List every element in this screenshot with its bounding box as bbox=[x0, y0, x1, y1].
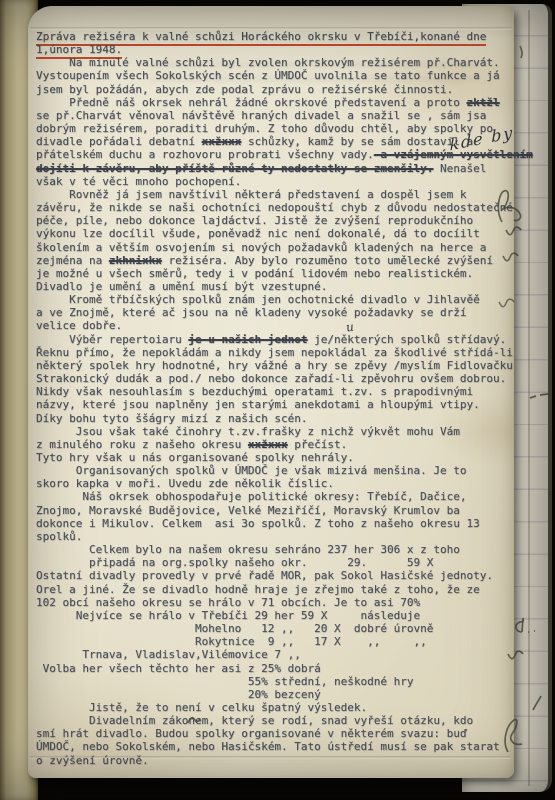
margin-scribble-d bbox=[510, 614, 540, 640]
typed-line: Tyto hry však u nás organisované spolky … bbox=[36, 451, 522, 464]
typed-text-segment: schůzky, kamž by se sám dostavil a bbox=[241, 135, 473, 148]
typed-line: Výběr repertoiaru je u našich jednot je/… bbox=[36, 333, 522, 346]
typed-text-segment: Organisovaných spolků v ÚMDOČ je však mi… bbox=[36, 464, 466, 477]
typed-text-segment: dobrým režisérem, poraditi druhým. Z toh… bbox=[36, 122, 493, 135]
typed-text-segment: závěru, že nikde se naši ochotníci nedop… bbox=[36, 201, 513, 214]
margin-dash-mark bbox=[528, 388, 550, 402]
typed-line: Trnava, Vladislav,Vilémovice 7 ,, bbox=[36, 648, 522, 661]
typed-text-segment: smí hrát divadlo. Budou spolky organisov… bbox=[36, 727, 466, 740]
typed-line: 55% střední, neškodné hry bbox=[36, 675, 522, 688]
typed-line: Divadlo je umění a umění musí být vzestu… bbox=[36, 280, 522, 293]
typed-text-segment: Rovněž já jsem navštívil některá předsta… bbox=[36, 188, 466, 201]
margin-scribble-loop bbox=[500, 716, 528, 756]
typed-text-segment: přečíst. bbox=[288, 438, 348, 451]
typed-text-segment: 55% střední, neškodné hry bbox=[36, 675, 414, 688]
typed-text-segment: se př.Charvát věnoval návštěvě hraných d… bbox=[36, 109, 486, 122]
typed-line: Jistě, že to není v celku špatný výslede… bbox=[36, 701, 522, 714]
margin-check-mark bbox=[504, 224, 524, 240]
margin-check-mark bbox=[506, 648, 526, 664]
typed-text-segment: Řeknu přímo, že nepokládám a nikdy jsem … bbox=[36, 346, 513, 359]
typed-text-segment: Ostatní divadly provedly v prvé řadě MOR… bbox=[36, 569, 493, 582]
struck-out-text: zkhnixkx bbox=[109, 254, 162, 267]
typed-line: Rovněž já jsem navštívil některá předsta… bbox=[36, 188, 522, 201]
typed-text-segment: názvy, které jsou naplněny jen starými a… bbox=[36, 398, 480, 411]
typed-line: je možné u všech směrů, tedy i v podání … bbox=[36, 267, 522, 280]
typed-line: jsem byl požádán, abych zde podal zprávu… bbox=[36, 83, 522, 96]
margin-scribble bbox=[516, 44, 530, 60]
typed-text-segment: ÚMDOČ, nebo Sokolském, nebo Hasičském. T… bbox=[36, 740, 500, 753]
typed-text-segment: výkonu lze docílil všude, poněvadž nic n… bbox=[36, 227, 480, 240]
typed-text-segment: Zpráva režiséra k valné schůzi Horáckého… bbox=[36, 30, 486, 43]
typed-line: Ostatní divadly provedly v prvé řadě MOR… bbox=[36, 569, 522, 582]
typed-line: o zvýšení úrovně. bbox=[36, 754, 522, 767]
typed-line: skoro kapka v moři. Uvedu zde několik čí… bbox=[36, 477, 522, 490]
typed-line: Strakonický dudák a pod./ nebo dokonce z… bbox=[36, 372, 522, 385]
typed-text-segment: a ve Znojmě, které ač jsou na ně kladeny… bbox=[36, 306, 466, 319]
typed-text-segment: Divadlo je umění a umění musí být vzestu… bbox=[36, 280, 327, 293]
typed-line: závěru, že nikde se naši ochotníci nedop… bbox=[36, 201, 522, 214]
typed-text-segment: skoro kapka v moři. Uvedu zde několik čí… bbox=[36, 477, 334, 490]
typed-line: spolků. bbox=[36, 530, 522, 543]
typed-text-segment: Tyto hry však u nás organisované spolky … bbox=[36, 451, 354, 464]
typed-line: dobrým režisérem, poraditi druhým. Z toh… bbox=[36, 122, 522, 135]
struck-out-text: xxžxxx bbox=[202, 135, 242, 148]
struck-out-text: dojíti k závěru, aby příště různé ty ned… bbox=[36, 162, 433, 175]
typed-line: Rokytnice 9 ,, 17 X ,, ,, bbox=[36, 635, 522, 648]
typed-line: ÚMDOČ, nebo Sokolském, nebo Hasičském. T… bbox=[36, 740, 522, 753]
typed-text-segment: Nikdy však nesouhlasím s bezduchými oper… bbox=[36, 385, 473, 398]
typed-line: zejména na zkhnixkx režiséra. Aby bylo r… bbox=[36, 254, 522, 267]
typed-text-segment: Strakonický dudák a pod./ nebo dokonce z… bbox=[36, 372, 506, 385]
typed-text-segment: spolků. bbox=[36, 530, 82, 543]
typed-text-segment: režiséra. Aby bylo rozuměno toto uměleck… bbox=[162, 254, 493, 267]
typed-text-segment: však v té věci mnoho pochopení. bbox=[36, 175, 241, 188]
typed-line: velice dobře. bbox=[36, 319, 522, 332]
margin-scribble-cursive-b bbox=[492, 186, 526, 228]
typed-text-segment: 1,února 1948. bbox=[36, 43, 122, 56]
typed-text-segment: 20% bezcený bbox=[36, 688, 321, 701]
typed-text-segment: je možné u všech směrů, tedy i v podání … bbox=[36, 267, 473, 280]
typed-line: dojíti k závěru, aby příště různé ty ned… bbox=[36, 162, 522, 175]
typed-text-segment: Nejvíce se hrálo v Třebíči 29 her 59 X n… bbox=[36, 609, 420, 622]
typed-text-segment: Mohelno 12 ,, 20 X dobré úrovně bbox=[36, 622, 433, 635]
typed-line: některý spolek hry hodnotné, hry vážné a… bbox=[36, 359, 522, 372]
struck-out-text: je u našich jednot bbox=[188, 333, 307, 346]
typed-text-segment: divadle pořádali debatní bbox=[36, 135, 202, 148]
typed-line: Kromě třbíčských spolků znám jen ochotni… bbox=[36, 293, 522, 306]
typed-line: Organisovaných spolků v ÚMDOČ je však mi… bbox=[36, 464, 522, 477]
typed-text-segment: Na minulé valné schůzi byl zvolen okrsko… bbox=[36, 56, 500, 69]
typed-line: Volba her všech těchto her asi z 25% dob… bbox=[36, 662, 522, 675]
typed-line: 102 obcí našeho okresu se hrálo v 71 obc… bbox=[36, 596, 522, 609]
typed-text-segment: přátelském duchu a rozhovoru probrati vš… bbox=[36, 148, 374, 161]
typed-text-segment: jsem byl požádán, abych zde podal zprávu… bbox=[36, 83, 453, 96]
typed-text-segment: péče, píle, nebo dokonce lajdáctví. Jist… bbox=[36, 214, 473, 227]
typed-text-segment: Trnava, Vladislav,Vilémovice 7 ,, bbox=[36, 648, 301, 661]
typed-line: Na minulé valné schůzi byl zvolen okrsko… bbox=[36, 56, 522, 69]
typed-line: názvy, které jsou naplněny jen starými a… bbox=[36, 398, 522, 411]
typed-text-segment: o zvýšení úrovně. bbox=[36, 754, 149, 767]
typed-line: školením a větším osvojením si nových po… bbox=[36, 241, 522, 254]
typed-line: Nikdy však nesouhlasím s bezduchými oper… bbox=[36, 385, 522, 398]
typed-text-segment: Náš okrsek obhospodařuje politické okres… bbox=[36, 490, 466, 503]
typed-line: smí hrát divadlo. Budou spolky organisov… bbox=[36, 727, 522, 740]
typed-text-segment: Vystoupením všech Sokolských scén z ÚMDO… bbox=[36, 69, 500, 82]
typed-text-segment: Díky bohu tyto ššágry mizí z našich scén… bbox=[36, 412, 308, 425]
typed-line: a ve Znojmě, které ač jsou na ně kladeny… bbox=[36, 306, 522, 319]
typed-line: z minulého roku z našeho okresu xxžxxx p… bbox=[36, 438, 522, 451]
typed-line: 20% bezcený bbox=[36, 688, 522, 701]
typed-line: Předně náš okrsek nehrál žádné okrskové … bbox=[36, 96, 522, 109]
typed-line: Mohelno 12 ,, 20 X dobré úrovně bbox=[36, 622, 522, 635]
typed-text-segment: Nenašel bbox=[433, 162, 486, 175]
typed-text-segment: zejména na bbox=[36, 254, 109, 267]
typed-text-segment: připadá na org.spolky našeho okr. 29. 59… bbox=[36, 556, 433, 569]
typed-line: připadá na org.spolky našeho okr. 29. 59… bbox=[36, 556, 522, 569]
typed-line: Celkem bylo na našem okresu sehráno 237 … bbox=[36, 543, 522, 556]
typed-line: Divadelním zákonem, který se rodí, snad … bbox=[36, 714, 522, 727]
typed-text-segment: Znojmo, Moravské Budějovice, Velké Meziř… bbox=[36, 504, 460, 517]
typed-line: Náš okrsek obhospodařuje politické okres… bbox=[36, 490, 522, 503]
typed-line: Vystoupením všech Sokolských scén z ÚMDO… bbox=[36, 69, 522, 82]
typed-line: Znojmo, Moravské Budějovice, Velké Meziř… bbox=[36, 504, 522, 517]
typed-line: se př.Charvát věnoval návštěvě hraných d… bbox=[36, 109, 522, 122]
document-photo: Zpráva režiséra k valné schůzi Horáckého… bbox=[0, 0, 555, 800]
title-line: Zpráva režiséra k valné schůzi Horáckého… bbox=[36, 30, 522, 43]
typed-line: Řeknu přímo, že nepokládám a nikdy jsem … bbox=[36, 346, 522, 359]
typed-text-segment: Jsou však také činohry t.zv.frašky z nic… bbox=[36, 425, 460, 438]
typed-line: Jsou však také činohry t.zv.frašky z nic… bbox=[36, 425, 522, 438]
margin-check-mark bbox=[497, 296, 517, 312]
typed-text-segment: je/některých spolků střídavý. bbox=[308, 333, 507, 346]
inline-insert-squiggle bbox=[186, 714, 202, 726]
typed-text-segment: Celkem bylo na našem okresu sehráno 237 … bbox=[36, 543, 460, 556]
typed-text-segment: školením a větším osvojením si nových po… bbox=[36, 241, 486, 254]
typed-text-segment: dokonce i Mikulov. Celkem asi 3o spolků.… bbox=[36, 517, 480, 530]
typed-text-segment: Orel a jiné. Že se divadlo hodně hraje j… bbox=[36, 583, 480, 596]
typed-text-segment: Jistě, že to není v celku špatný výslede… bbox=[36, 701, 367, 714]
struck-out-text: zktžl bbox=[466, 96, 499, 109]
typed-line: výkonu lze docílil všude, poněvadž nic n… bbox=[36, 227, 522, 240]
typed-text-segment: některý spolek hry hodnotné, hry vážné a… bbox=[36, 359, 513, 372]
typed-text-segment: z minulého roku z našeho okresu bbox=[36, 438, 248, 451]
struck-out-text: xxžxxx bbox=[248, 438, 288, 451]
typed-line: péče, píle, nebo dokonce lajdáctví. Jist… bbox=[36, 214, 522, 227]
typed-line: však v té věci mnoho pochopení. bbox=[36, 175, 522, 188]
typed-text-segment: Volba her všech těchto her asi z 25% dob… bbox=[36, 662, 321, 675]
typed-line: Nejvíce se hrálo v Třebíči 29 her 59 X n… bbox=[36, 609, 522, 622]
typed-text-segment: Rokytnice 9 ,, 17 X ,, ,, bbox=[36, 635, 427, 648]
margin-check-mark bbox=[501, 250, 521, 266]
typed-line: Díky bohu tyto ššágry mizí z našich scén… bbox=[36, 412, 522, 425]
typed-line: dokonce i Mikulov. Celkem asi 3o spolků.… bbox=[36, 517, 522, 530]
typed-line: Orel a jiné. Že se divadlo hodně hraje j… bbox=[36, 583, 522, 596]
typed-text-segment: 102 obcí našeho okresu se hrálo v 71 obc… bbox=[36, 596, 420, 609]
typed-text-segment: Kromě třbíčských spolků znám jen ochotni… bbox=[36, 293, 480, 306]
typed-text-segment: Předně náš okrsek nehrál žádné okrskové … bbox=[36, 96, 466, 109]
typed-text-segment: Výběr repertoiaru bbox=[36, 333, 188, 346]
typed-text-segment: velice dobře. bbox=[36, 319, 122, 332]
margin-tick-mark bbox=[530, 694, 544, 714]
typed-text-segment: Divadelním zákonem, který se rodí, snad … bbox=[36, 714, 473, 727]
